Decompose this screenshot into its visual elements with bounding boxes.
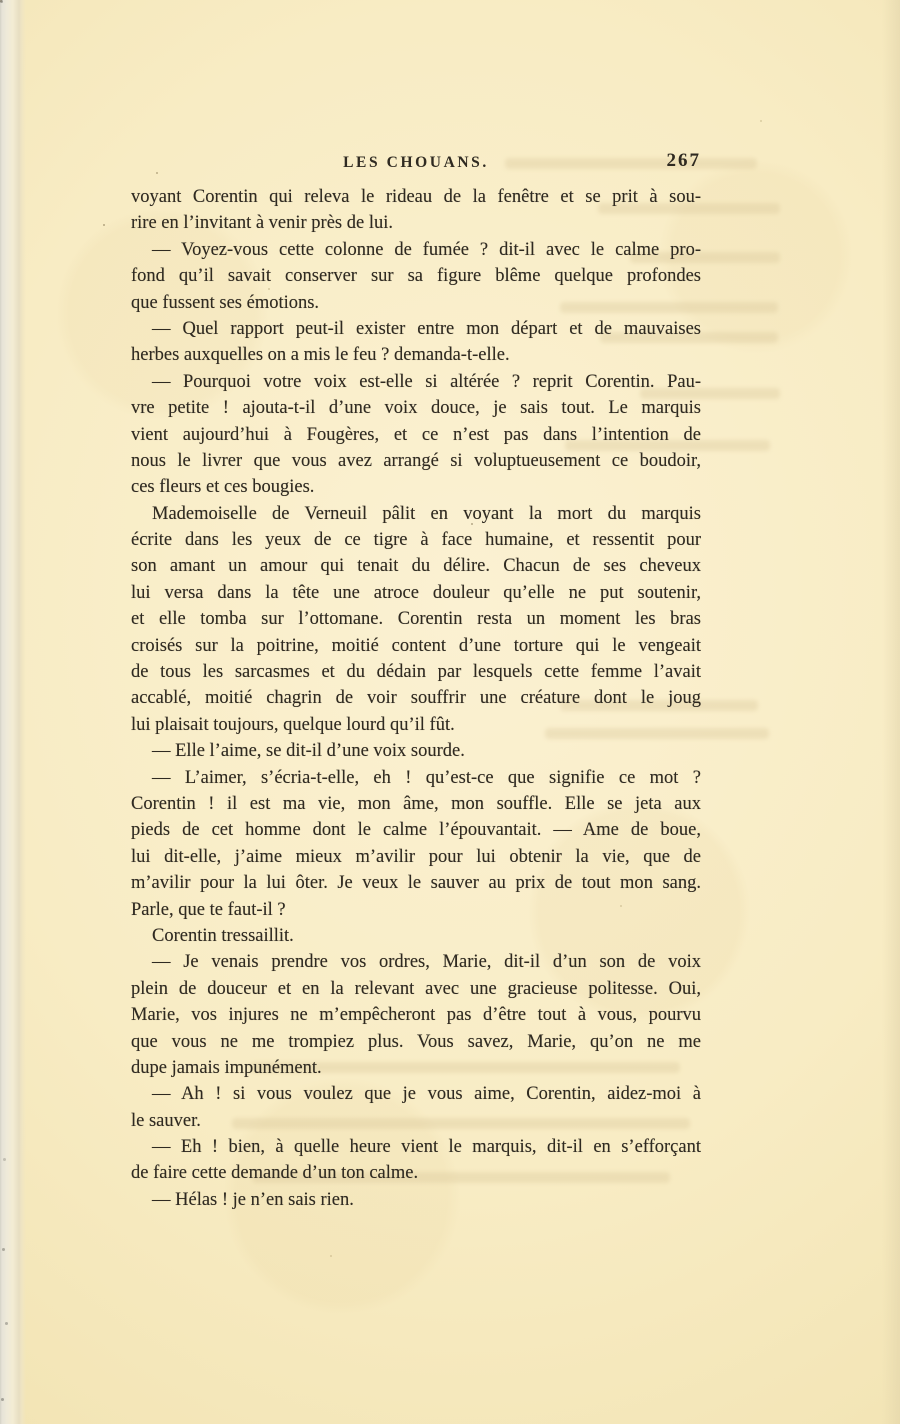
paragraph: — Pourquoi votre voix est-elle si altéré… bbox=[131, 369, 701, 501]
edge-specks bbox=[0, 0, 3, 3]
text-line: lui versa dans la tête une atroce douleu… bbox=[131, 580, 701, 606]
text-line: écrite dans les yeux de ce tigre à face … bbox=[131, 527, 701, 553]
text-line: de tous les sarcasmes et du dédain par l… bbox=[131, 659, 701, 685]
text-line: nous le livrer que vous avez arrangé si … bbox=[131, 448, 701, 474]
text-line: Corentin ! il est ma vie, mon âme, mon s… bbox=[131, 791, 701, 817]
page-number: 267 bbox=[667, 150, 702, 172]
text-line: vient aujourd’hui à Fougères, et ce n’es… bbox=[131, 422, 701, 448]
paragraph: — Voyez-vous cette colonne de fumée ? di… bbox=[131, 237, 701, 316]
text-line: herbes auxquelles on a mis le feu ? dema… bbox=[131, 342, 701, 368]
text-line: — Hélas ! je n’en sais rien. bbox=[131, 1187, 701, 1213]
running-title: LES CHOUANS. bbox=[131, 154, 701, 172]
paragraph: — Quel rapport peut-il exister entre mon… bbox=[131, 316, 701, 369]
text-line: — Eh ! bien, à quelle heure vient le mar… bbox=[131, 1134, 701, 1160]
page-left-edge bbox=[0, 0, 26, 1424]
page-header: LES CHOUANS. 267 bbox=[131, 150, 701, 178]
paragraph: Mademoiselle de Verneuil pâlit en voyant… bbox=[131, 501, 701, 739]
text-line: — Pourquoi votre voix est-elle si altéré… bbox=[131, 369, 701, 395]
paragraph: — Elle l’aime, se dit-il d’une voix sour… bbox=[131, 738, 701, 764]
text-line: fond qu’il savait conserver sur sa figur… bbox=[131, 263, 701, 289]
text-line: voyant Corentin qui releva le rideau de … bbox=[131, 184, 701, 210]
page-right-edge bbox=[882, 0, 900, 1424]
paragraph: — L’aimer, s’écria-t-elle, eh ! qu’est-c… bbox=[131, 765, 701, 923]
text-line: que fussent ses émotions. bbox=[131, 290, 701, 316]
paragraph: voyant Corentin qui releva le rideau de … bbox=[131, 184, 701, 237]
book-page-scan: LES CHOUANS. 267 voyant Corentin qui rel… bbox=[0, 0, 900, 1424]
text-line: plein de douceur et en la relevant avec … bbox=[131, 976, 701, 1002]
paragraph: Corentin tressaillit. bbox=[131, 923, 701, 949]
text-line: m’avilir pour la lui ôter. Je veux le sa… bbox=[131, 870, 701, 896]
text-line: son amant un amour qui tenait du délire.… bbox=[131, 553, 701, 579]
paragraph: — Ah ! si vous voulez que je vous aime, … bbox=[131, 1081, 701, 1134]
text-line: le sauver. bbox=[131, 1108, 701, 1134]
text-line: et elle tomba sur l’ottomane. Corentin r… bbox=[131, 606, 701, 632]
text-line: Marie, vos injures ne m’empêcheront pas … bbox=[131, 1002, 701, 1028]
text-line: — Quel rapport peut-il exister entre mon… bbox=[131, 316, 701, 342]
text-line: — L’aimer, s’écria-t-elle, eh ! qu’est-c… bbox=[131, 765, 701, 791]
text-line: pieds de cet homme dont le calme l’épouv… bbox=[131, 817, 701, 843]
text-line: lui plaisait toujours, quelque lourd qu’… bbox=[131, 712, 701, 738]
text-line: Corentin tressaillit. bbox=[131, 923, 701, 949]
text-line: rire en l’invitant à venir près de lui. bbox=[131, 210, 701, 236]
page-text: voyant Corentin qui releva le rideau de … bbox=[131, 184, 701, 1213]
text-line: Parle, que te faut-il ? bbox=[131, 897, 701, 923]
text-line: que vous ne me trompiez plus. Vous savez… bbox=[131, 1029, 701, 1055]
text-line: vre petite ! ajouta-t-il d’une voix douc… bbox=[131, 395, 701, 421]
paragraph: — Eh ! bien, à quelle heure vient le mar… bbox=[131, 1134, 701, 1187]
text-line: — Ah ! si vous voulez que je vous aime, … bbox=[131, 1081, 701, 1107]
text-line: de faire cette demande d’un ton calme. bbox=[131, 1160, 701, 1186]
text-line: accablé, moitié chagrin de voir souffrir… bbox=[131, 685, 701, 711]
text-line: ces fleurs et ces bougies. bbox=[131, 474, 701, 500]
paragraph: — Je venais prendre vos ordres, Marie, d… bbox=[131, 949, 701, 1081]
text-line: — Elle l’aime, se dit-il d’une voix sour… bbox=[131, 738, 701, 764]
paragraph: — Hélas ! je n’en sais rien. bbox=[131, 1187, 701, 1213]
text-line: Mademoiselle de Verneuil pâlit en voyant… bbox=[131, 501, 701, 527]
text-line: — Je venais prendre vos ordres, Marie, d… bbox=[131, 949, 701, 975]
text-line: — Voyez-vous cette colonne de fumée ? di… bbox=[131, 237, 701, 263]
text-line: dupe jamais impunément. bbox=[131, 1055, 701, 1081]
text-line: croisés sur la poitrine, moitié content … bbox=[131, 633, 701, 659]
text-line: lui dit-elle, j’aime mieux m’avilir pour… bbox=[131, 844, 701, 870]
